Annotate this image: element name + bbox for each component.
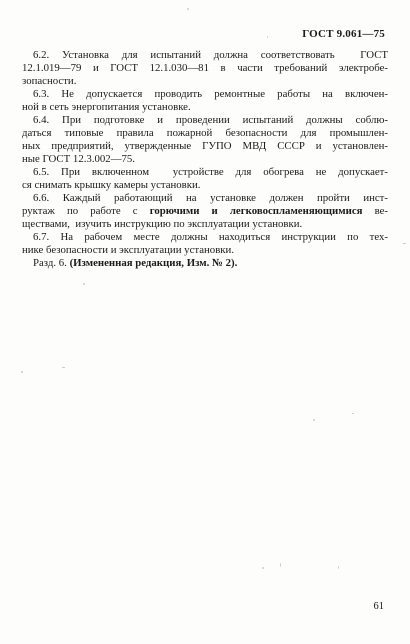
text-line: ществами, изучить инструкцию по эксплуат…: [22, 218, 388, 231]
text-line: зопасности.: [22, 75, 388, 88]
scan-speck: [83, 283, 85, 285]
document-page: ГОСТ 9.061—75 6.2. Установка для испытан…: [0, 0, 410, 644]
text-line: нике безопасности и эксплуатации установ…: [22, 244, 388, 257]
scan-speck: [313, 419, 315, 421]
text-line: 6.4. При подготовке и проведении испытан…: [22, 114, 388, 127]
scan-speck: [338, 566, 339, 569]
text-line: 6.7. На рабочем месте должны находиться …: [22, 231, 388, 244]
text-line: 6.5. При включенном устройстве для обогр…: [22, 166, 388, 179]
text-line: 6.2. Установка для испытаний должна соот…: [22, 49, 388, 62]
text-line: даться типовые правила пожарной безопасн…: [22, 127, 388, 140]
amendment-note-bold: (Измененная редакция, Изм. № 2).: [70, 257, 238, 269]
scan-speck: [262, 567, 264, 569]
scan-speck: [187, 8, 189, 10]
scan-speck: [267, 36, 268, 38]
doc-number: ГОСТ 9.061—75: [302, 28, 385, 40]
text-line: ся снимать крышку камеры установки.: [22, 179, 388, 192]
scan-speck: [21, 371, 23, 373]
text-line: ные ГОСТ 12.3.002—75.: [22, 153, 388, 166]
scan-speck: [352, 413, 354, 414]
document-body: 6.2. Установка для испытаний должна соот…: [22, 49, 388, 270]
bold-phrase: горючими и легковоспламеняющимися: [150, 205, 363, 217]
page-number: 61: [374, 601, 385, 612]
text-line: 6.6. Каждый работающий на установке долж…: [22, 192, 388, 205]
text-line: ной в сеть энергопитания установке.: [22, 101, 388, 114]
text-line: 12.1.019—79 и ГОСТ 12.1.030—81 в части т…: [22, 62, 388, 75]
scan-speck: [403, 243, 406, 244]
amendment-note-line: Разд. 6. (Измененная редакция, Изм. № 2)…: [22, 257, 388, 270]
scan-speck: [280, 563, 281, 567]
text-line: руктаж по работе с горючими и легковоспл…: [22, 205, 388, 218]
scan-speck: [62, 367, 65, 368]
text-line: 6.3. Не допускается проводить ремонтные …: [22, 88, 388, 101]
text-line: ных предприятий, утвержденные ГУПО МВД С…: [22, 140, 388, 153]
